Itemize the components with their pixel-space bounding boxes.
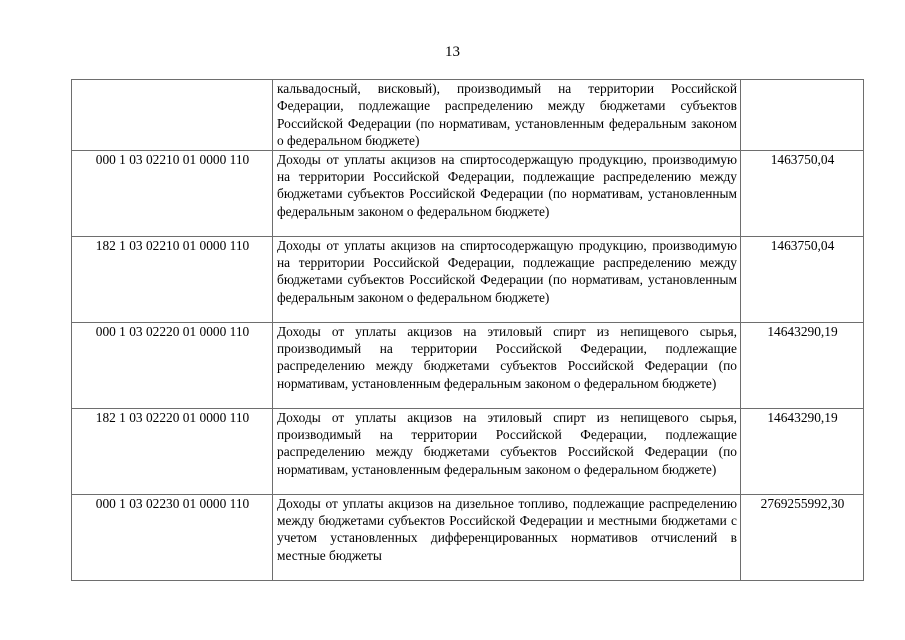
table-row: 182 1 03 02220 01 0000 110 Доходы от упл… — [72, 408, 864, 494]
description-cell: Доходы от уплаты акцизов на этиловый спи… — [273, 408, 741, 494]
description-cell: Доходы от уплаты акцизов на спиртосодерж… — [273, 236, 741, 322]
table-row: кальвадосный, висковый), производимый на… — [72, 80, 864, 151]
table-row: 000 1 03 02210 01 0000 110 Доходы от упл… — [72, 150, 864, 236]
amount-cell: 2769255992,30 — [741, 494, 864, 580]
description-cell: кальвадосный, висковый), производимый на… — [273, 80, 741, 151]
amount-cell: 14643290,19 — [741, 408, 864, 494]
description-cell: Доходы от уплаты акцизов на дизельное то… — [273, 494, 741, 580]
amount-cell: 1463750,04 — [741, 150, 864, 236]
table-row: 000 1 03 02220 01 0000 110 Доходы от упл… — [72, 322, 864, 408]
description-cell: Доходы от уплаты акцизов на спиртосодерж… — [273, 150, 741, 236]
budget-code-cell: 000 1 03 02210 01 0000 110 — [72, 150, 273, 236]
description-cell: Доходы от уплаты акцизов на этиловый спи… — [273, 322, 741, 408]
table-row: 000 1 03 02230 01 0000 110 Доходы от упл… — [72, 494, 864, 580]
amount-cell — [741, 80, 864, 151]
budget-code-cell: 000 1 03 02230 01 0000 110 — [72, 494, 273, 580]
amount-cell: 1463750,04 — [741, 236, 864, 322]
revenue-table: кальвадосный, висковый), производимый на… — [71, 79, 864, 581]
budget-code-cell: 182 1 03 02220 01 0000 110 — [72, 408, 273, 494]
table-row: 182 1 03 02210 01 0000 110 Доходы от упл… — [72, 236, 864, 322]
budget-code-cell: 000 1 03 02220 01 0000 110 — [72, 322, 273, 408]
budget-code-cell — [72, 80, 273, 151]
budget-code-cell: 182 1 03 02210 01 0000 110 — [72, 236, 273, 322]
amount-cell: 14643290,19 — [741, 322, 864, 408]
page-number: 13 — [0, 43, 905, 61]
